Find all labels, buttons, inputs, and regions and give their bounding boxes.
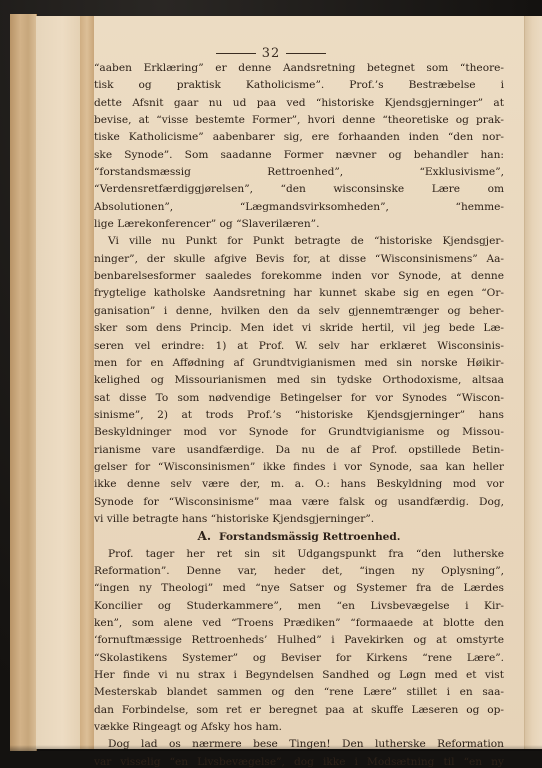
text-line: sat disse To som nødvendige Betingelser … (94, 390, 504, 407)
text-line: bevise, at “visse bestemte Former”, hvor… (94, 112, 504, 129)
page-edge-right (524, 16, 542, 749)
header-rule-left (216, 53, 256, 54)
text-line: ganisation” i denne, hvilken den da selv… (94, 303, 504, 320)
text-line: dette Afsnit gaar nu ud paa ved “histori… (94, 95, 504, 112)
text-line: “forstandsmæssig Rettroenhed”, “Exklusiv… (94, 164, 504, 181)
text-line: gelser for “Wisconsinismen” ikke findes … (94, 459, 504, 476)
text-line: ‘fornuftmæssige Rettroenheds’ Hulhed” i … (94, 632, 504, 649)
text-line: Synode for “Wisconsinisme” maa være fals… (94, 494, 504, 511)
section-title: Forstandsmässig Rettroenhed. (219, 531, 400, 543)
body-text: “aaben Erklæring” er denne Aandsretning … (94, 60, 504, 768)
text-line: Beskyldninger mod vor Synode for Grundtv… (94, 424, 504, 441)
text-line: Her finde vi nu strax i Begyndelsen Sand… (94, 667, 504, 684)
text-line: rianisme vare usandfærdige. Da nu de af … (94, 442, 504, 459)
text-line: Mesterskab blandet sammen og den “rene L… (94, 684, 504, 701)
text-line: sinisme”, 2) at trods Prof.’s “historisk… (94, 407, 504, 424)
text-line: Prof. tager her ret sin sit Udgangspunkt… (94, 546, 504, 563)
text-line: Dog lad os nærmere bese Tingen! Den luth… (94, 736, 504, 753)
text-line: “Skolastikens Systemer” og Beviser for K… (94, 650, 504, 667)
text-line: seren vel erindre: 1) at Prof. W. selv h… (94, 338, 504, 355)
text-line: “Verdensretfærdiggjørelsen”, “den wiscon… (94, 181, 504, 198)
text-line: men for en Affødning af Grundtvigianisme… (94, 355, 504, 372)
section-heading: A.Forstandsmässig Rettroenhed. (94, 528, 504, 545)
text-line: sker som dens Princip. Men idet vi skrid… (94, 320, 504, 337)
text-line: tiske Katholicisme” aabenbarer sig, ere … (94, 129, 504, 146)
text-line: vække Ringeagt og Afsky hos ham. (94, 719, 504, 736)
text-line: Reformation”. Denne var, heder det, “ing… (94, 563, 504, 580)
page-header: 32 (0, 46, 542, 61)
text-line: vi ville betragte hans “historiske Kjend… (94, 511, 504, 528)
text-line: lige Lærekonferencer” og “Slaverilæren”. (94, 216, 504, 233)
text-line: Absolutionen”, “Lægmandsvirksomheden”, “… (94, 199, 504, 216)
section-letter: A. (198, 529, 212, 543)
text-line: frygtelige katholske Aandsretning har ku… (94, 285, 504, 302)
header-rule-right (286, 53, 326, 54)
book-spine-edge (10, 14, 37, 751)
text-line: var visselig “en Livsbevægelse”, dog ikk… (94, 754, 504, 768)
text-line: Koncilier og Studerkammere”, men “en Liv… (94, 598, 504, 615)
text-line: “aaben Erklæring” er denne Aandsretning … (94, 60, 504, 77)
page-number: 32 (262, 46, 281, 61)
text-line: ken”, som alene ved “Troens Prædiken” “f… (94, 615, 504, 632)
text-line: ninger”, der skulle afgive Bevis for, at… (94, 251, 504, 268)
text-line: benbarelsesformer saaledes forekomme ind… (94, 268, 504, 285)
facing-page-margin (36, 16, 80, 749)
text-line: “ingen ny Theologi” med “nye Satser og S… (94, 580, 504, 597)
text-line: ske Synode”. Som saadanne Former nævner … (94, 147, 504, 164)
text-line: dan Forbindelse, som ret er beregnet paa… (94, 702, 504, 719)
text-line: tisk og praktisk Katholicisme”. Prof.’s … (94, 77, 504, 94)
text-line: kelighed og Missourianismen med sin tyds… (94, 372, 504, 389)
text-line: Vi ville nu Punkt for Punkt betragte de … (94, 233, 504, 250)
gutter-fold (80, 16, 94, 749)
text-line: ikke denne selv være der, m. a. O.: hans… (94, 476, 504, 493)
